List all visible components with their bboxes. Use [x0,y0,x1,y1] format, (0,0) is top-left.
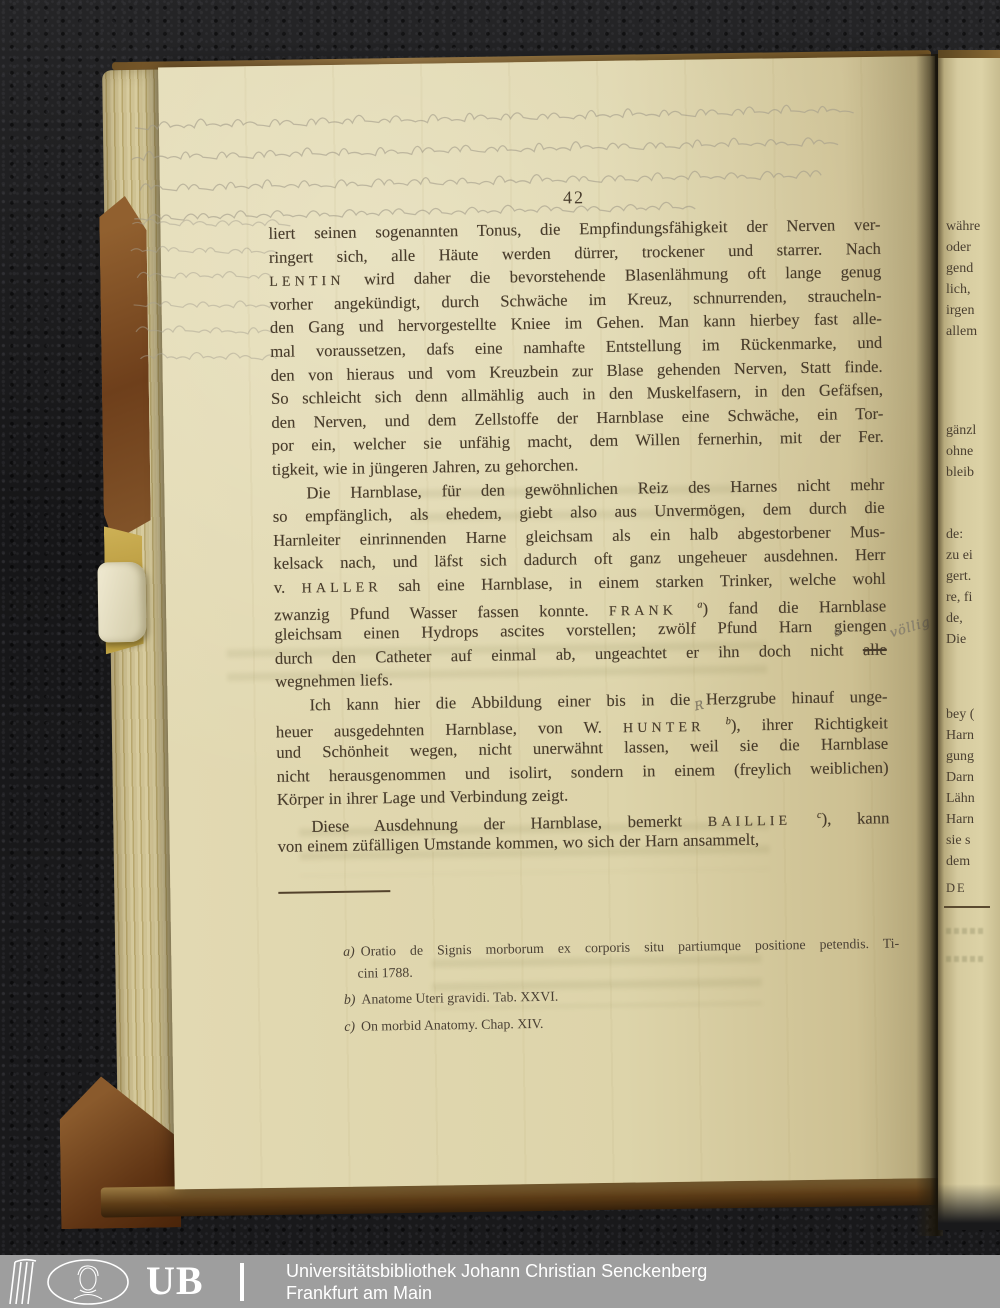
facing-fragment-line: irgen [946,300,980,321]
library-name: Universitätsbibliothek Johann Christian … [286,1260,707,1282]
facing-fragment-line: DE [946,878,967,899]
facing-page-fragments: währeodergendlich,irgenallemgänzlohneble… [938,56,1000,1228]
footnote: a)Oratio de Signis morborum ex corporis … [343,933,900,984]
facing-fragment-line: gend [946,258,980,279]
facing-fragment-line: re, fi [946,587,973,608]
footnote: b)Anatome Uteri gravidi. Tab. XXVI. [344,981,900,1011]
facing-fragment-line: oder [946,237,980,258]
facing-fragment-line: gert. [946,566,973,587]
facing-fragment-line: de, [946,608,973,629]
facing-page: währeodergendlich,irgenallemgänzlohneble… [938,56,1000,1228]
facing-fragment-line: Darn [946,767,975,788]
facing-fragment-group: währeodergendlich,irgenallem [946,216,980,342]
portrait-sketch [74,1266,102,1299]
facing-fragment-line: währe [946,216,980,237]
facing-fragment-group: bey (HarngungDarnLähnHarnsie sdem [946,704,975,872]
book: 42 liert seinen sogenannten Tonus, die E… [102,56,952,1200]
worn-cover-corner [99,196,151,542]
book-scan-viewer: 42 liert seinen sogenannten Tonus, die E… [0,0,1000,1308]
facing-fragment-line: Die [946,629,973,650]
book-page: 42 liert seinen sogenannten Tonus, die E… [158,56,952,1189]
footnotes-section: a)Oratio de Signis morborum ex corporis … [343,933,900,1042]
facing-fragment-line: dem [946,851,975,872]
facing-fragment-line: Harn [946,809,975,830]
page-number: 42 [268,183,880,213]
library-footer-bar: UB Universitätsbibliothek Johann Christi… [0,1255,1000,1308]
library-logo [6,1257,140,1306]
facing-fragment-group: de:zu eigert.re, fide,Die [946,524,973,650]
facing-fragment-group: gänzlohnebleib [946,420,976,483]
facing-fragment-line: sie s [946,830,975,851]
facing-fragment-line: gung [946,746,975,767]
facing-fragment-line: de: [946,524,973,545]
facing-fragment-line: bey ( [946,704,975,725]
logo-divider [240,1263,244,1301]
facing-fragment-line: bleib [946,462,976,483]
page-text: liert seinen sogenannten Tonus, die Empf… [268,213,889,859]
library-logo-initials: UB [146,1257,204,1305]
facing-footnote-rule [944,906,990,908]
facing-fragment-line: lich, [946,279,980,300]
facing-fragment-line: Lähn [946,788,975,809]
facing-fragment-line: gänzl [946,420,976,441]
footnote-marker: c) [344,1018,361,1033]
footnote-rule [278,890,390,894]
facing-faint-footnote [946,956,986,962]
footnote: c)On morbid Anatomy. Chap. XIV. [344,1007,900,1037]
library-city: Frankfurt am Main [286,1282,707,1304]
facing-fragment-line: Harn [946,725,975,746]
facing-faint-footnote [946,928,986,934]
footnote-marker: b) [344,992,362,1007]
paper-tab [97,562,146,643]
facing-fragment-group: DE [946,878,967,899]
footnote-marker: a) [343,944,361,959]
facing-fragment-line: ohne [946,441,976,462]
facing-fragment-line: zu ei [946,545,973,566]
facing-fragment-line: allem [946,321,980,342]
